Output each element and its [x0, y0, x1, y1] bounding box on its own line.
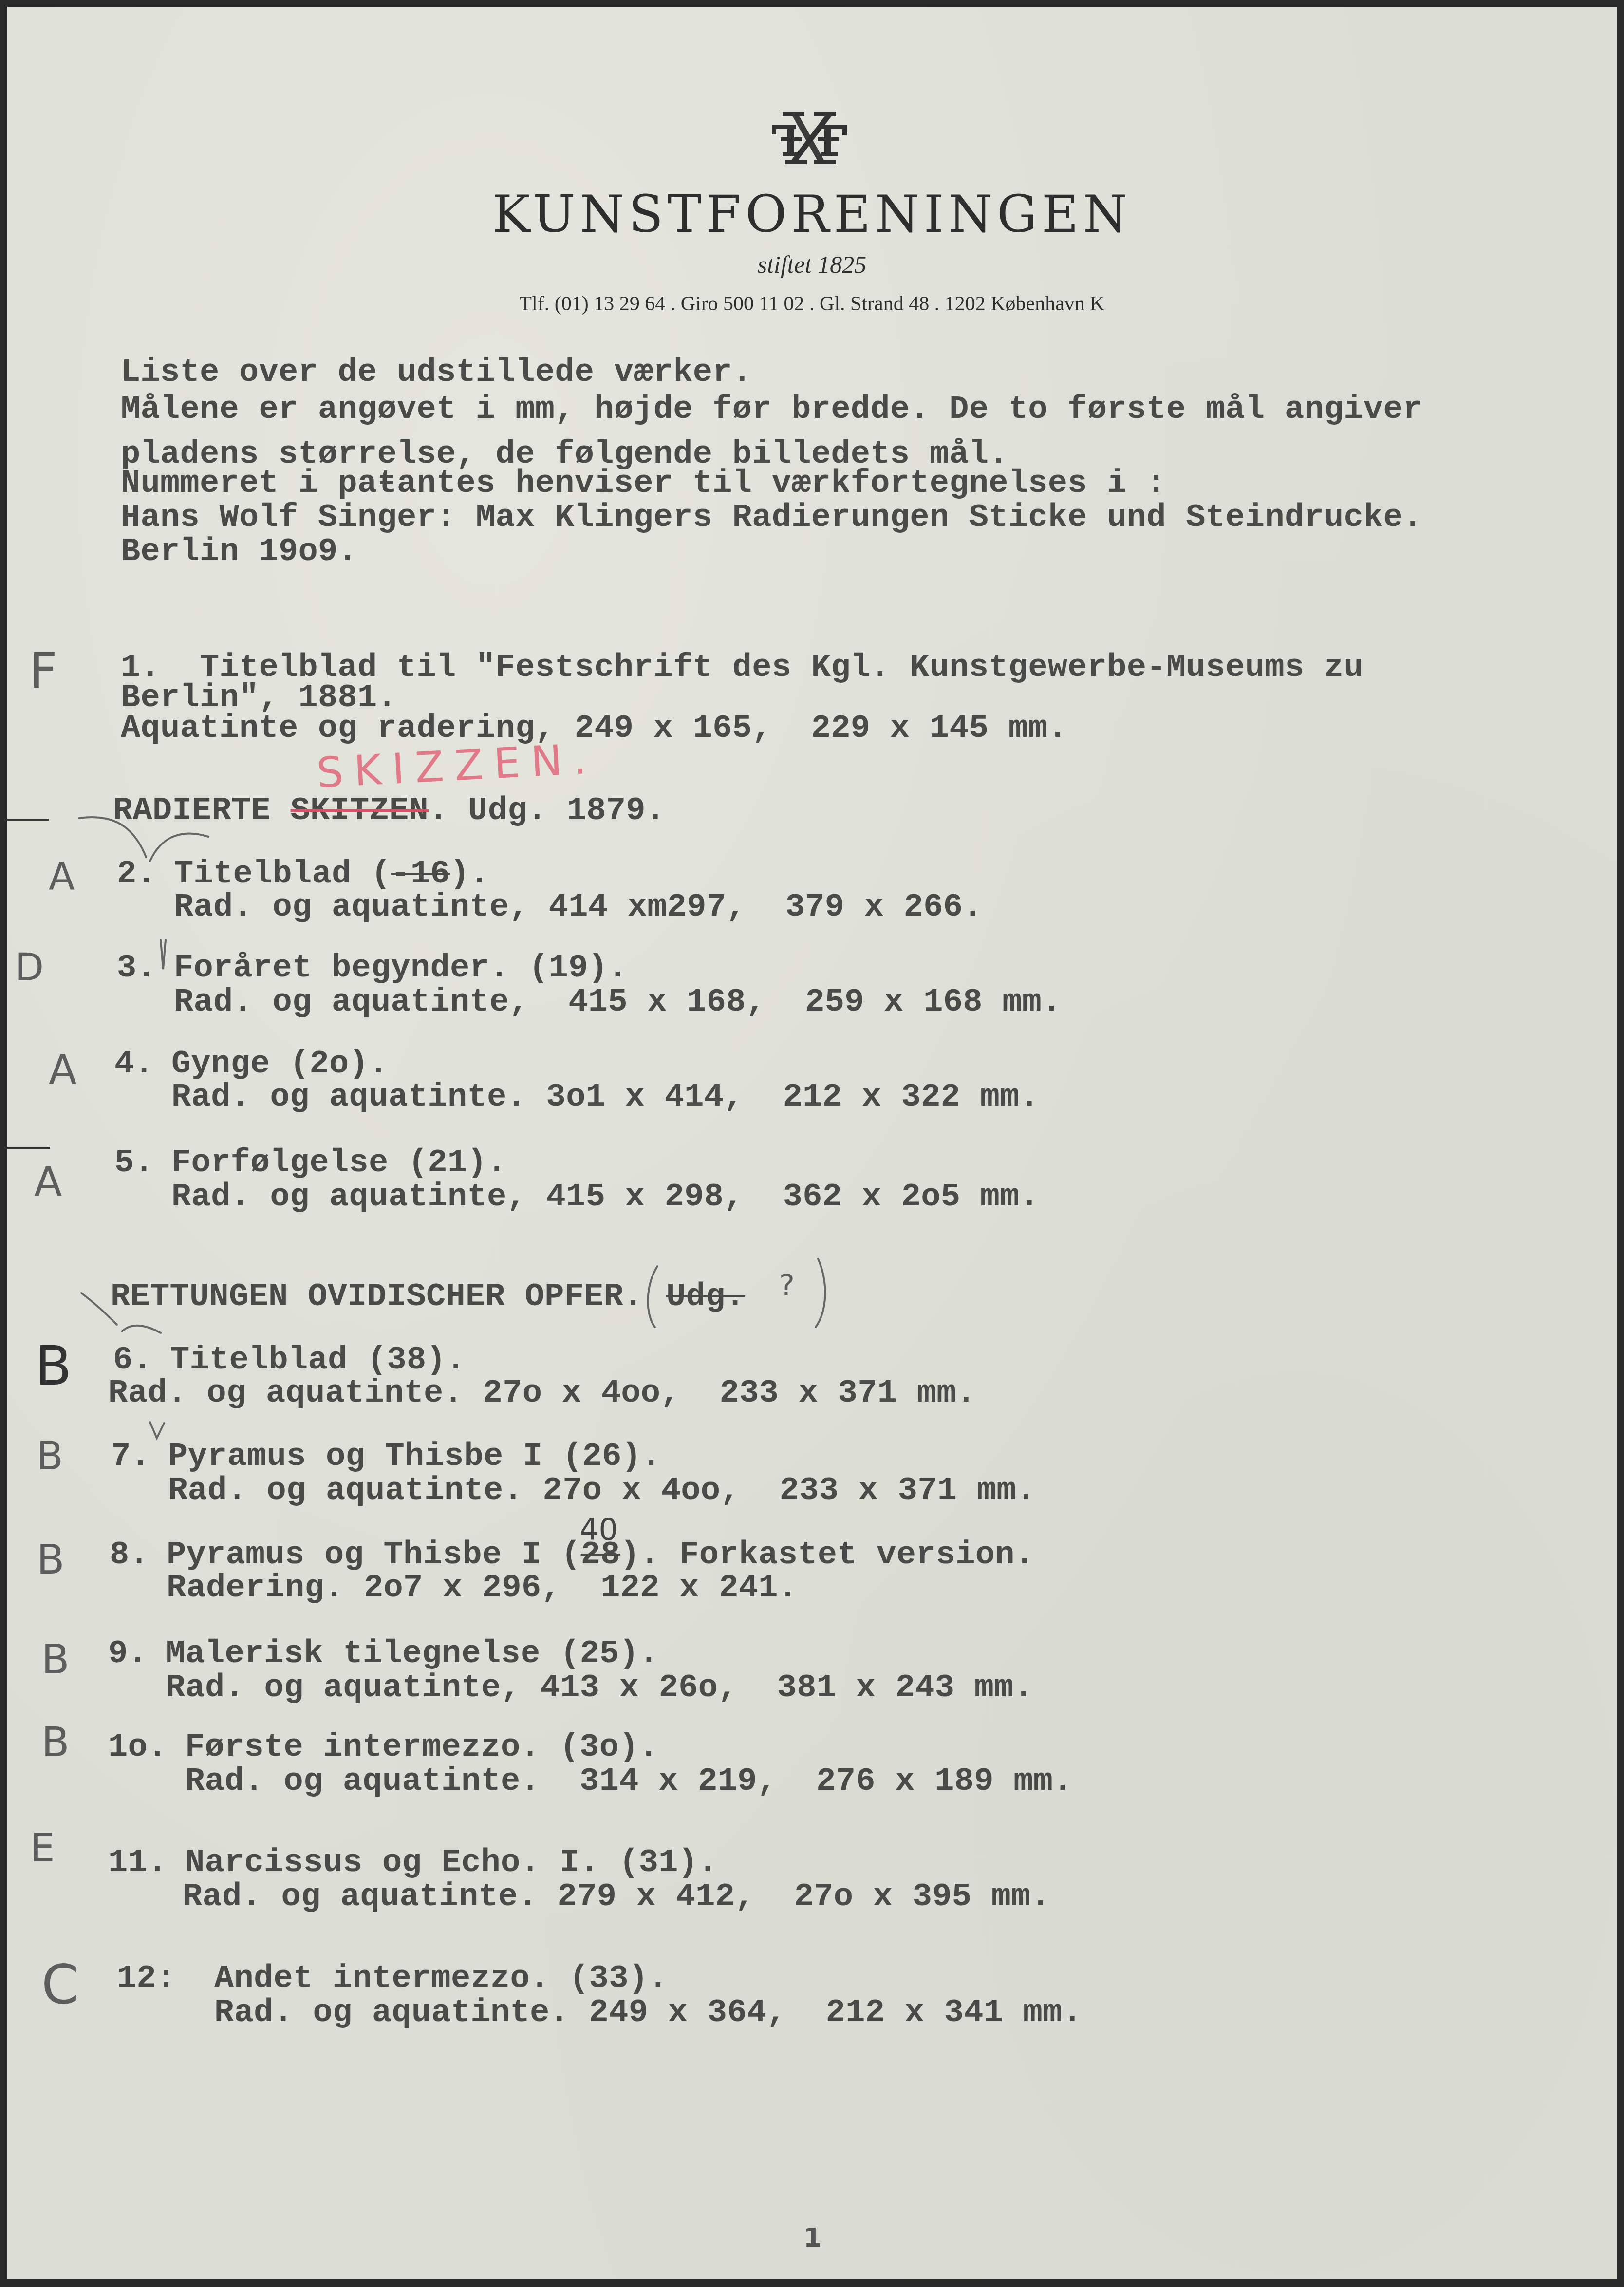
item-title-part: ).: [450, 856, 489, 893]
page-number: 1: [803, 2225, 822, 2251]
item-title: Malerisk tilegnelse (25).: [166, 1638, 659, 1670]
item-number: 5.: [114, 1147, 154, 1180]
item-number: 8.: [110, 1539, 149, 1572]
item-number: 11.: [108, 1847, 168, 1879]
item-title: Titelblad (-16).: [174, 858, 489, 891]
item-number: 2.: [117, 858, 156, 891]
item-title: Første intermezzo. (3o).: [185, 1731, 658, 1764]
item-number: 1o.: [108, 1731, 168, 1764]
item-details: Rad. og aquatinte. 27o x 4oo, 233 x 371 …: [168, 1475, 1036, 1507]
margin-mark: B: [41, 1722, 70, 1762]
item-number: 3.: [117, 952, 156, 985]
item-title: Titelblad (38).: [170, 1344, 466, 1377]
struck-number: -16: [391, 856, 450, 893]
item-details: Rad. og aquatinte, 415 x 298, 362 x 2o5 …: [171, 1181, 1039, 1214]
struck-word: Udg.: [666, 1281, 745, 1313]
item-details: Rad. og aquatinte. 27o x 4oo, 233 x 371 …: [108, 1377, 976, 1410]
margin-mark: B: [37, 1539, 65, 1580]
item-number: 9.: [108, 1638, 148, 1670]
margin-mark: A: [34, 1162, 62, 1202]
pencil-check-marks: [0, 0, 1624, 2287]
item-details: Rad. og aquatinte, 414 xm297, 379 x 266.: [174, 891, 983, 924]
margin-mark: A: [49, 858, 75, 896]
item-title: Pyramus og Thisbe I (26).: [168, 1441, 661, 1473]
section-heading: RETTUNGEN OVIDISCHER OPFER.: [111, 1281, 643, 1313]
margin-mark: B: [41, 1639, 70, 1680]
item-title-part: ). Forkastet version.: [620, 1537, 1035, 1574]
item-details: Rad. og aquatinte. 279 x 412, 27o x 395 …: [183, 1881, 1050, 1913]
pencil-correction: 40: [579, 1515, 618, 1545]
item-details: Rad. og aquatinte. 314 x 219, 276 x 189 …: [185, 1765, 1073, 1798]
item-title-part: Pyramus og Thisbe I (: [167, 1537, 581, 1574]
item-details: Rad. og aquatinte. 249 x 364, 212 x 341 …: [214, 1997, 1082, 2029]
margin-mark: B: [35, 1339, 72, 1393]
margin-mark: E: [30, 1829, 55, 1868]
pencil-question-mark: ?: [779, 1271, 795, 1300]
item-details: Rad. og aquatinte, 413 x 26o, 381 x 243 …: [166, 1672, 1033, 1705]
margin-mark: D: [15, 949, 44, 987]
item-title: Narcissus og Echo. I. (31).: [185, 1847, 718, 1879]
margin-mark: A: [49, 1050, 76, 1090]
margin-mark: B: [37, 1437, 63, 1476]
item-title: Gynge (2o).: [171, 1048, 389, 1081]
item-details: Rad. og aquatinte, 415 x 168, 259 x 168 …: [174, 986, 1062, 1019]
margin-dash: [7, 1147, 50, 1149]
item-number: 7.: [111, 1441, 150, 1473]
item-details: Radering. 2o7 x 296, 122 x 241.: [167, 1572, 798, 1605]
item-number: 12:: [117, 1963, 176, 1995]
item-title: Andet intermezzo. (33).: [214, 1963, 668, 1995]
item-title: Foråret begynder. (19).: [174, 952, 628, 985]
item-number: 6.: [113, 1344, 152, 1377]
item-title-part: Titelblad (: [174, 856, 391, 893]
margin-mark: C: [41, 1958, 79, 2011]
item-number: 4.: [114, 1048, 154, 1081]
item-title: Forfølgelse (21).: [171, 1147, 507, 1180]
item-details: Rad. og aquatinte. 3o1 x 414, 212 x 322 …: [171, 1081, 1039, 1114]
